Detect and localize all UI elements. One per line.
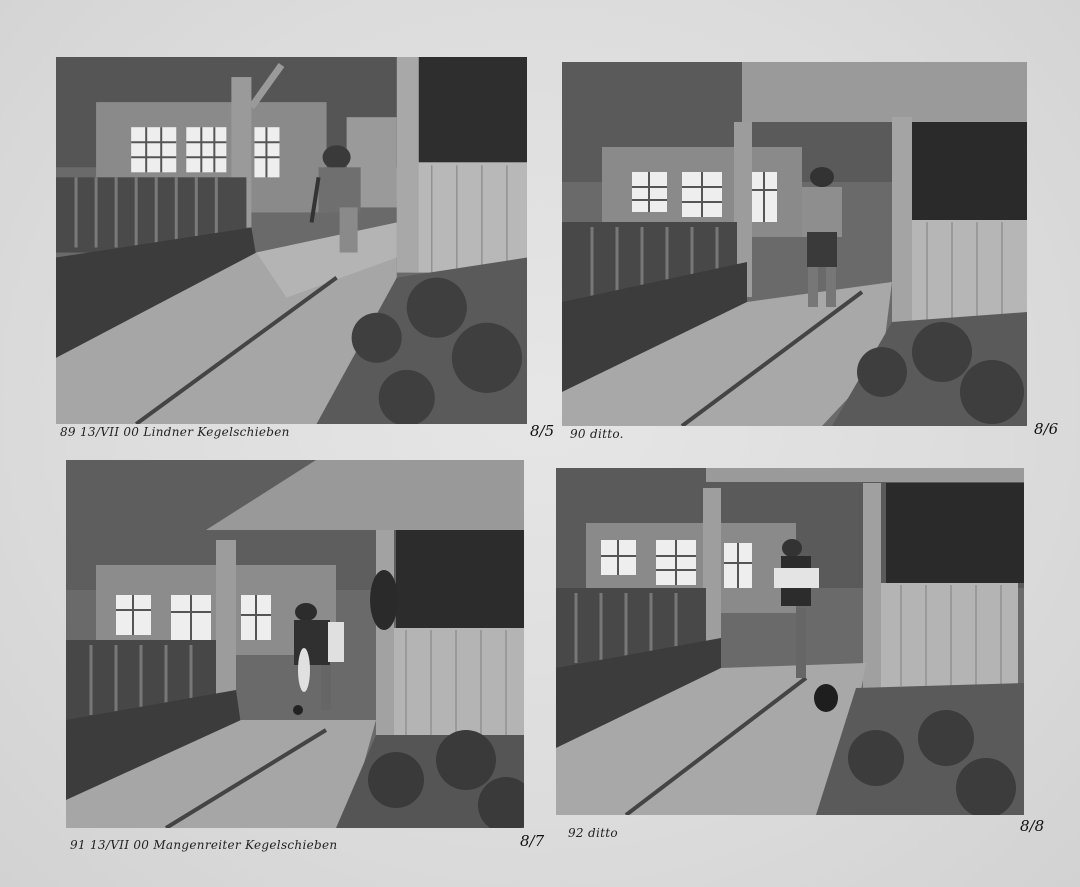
photo-3-caption: 91 13/VII 00 Mangenreiter Kegelschieben bbox=[70, 838, 337, 852]
photo-2 bbox=[562, 62, 1027, 426]
photo-4-caption: 92 ditto bbox=[568, 826, 618, 840]
photo-4-number: 8/8 bbox=[1020, 817, 1044, 835]
photo-4 bbox=[556, 468, 1024, 815]
photo-3-number: 8/7 bbox=[520, 832, 544, 850]
photo-2-number: 8/6 bbox=[1034, 420, 1058, 438]
photo-1 bbox=[56, 57, 527, 424]
photo-2-caption: 90 ditto. bbox=[570, 427, 624, 441]
photo-3 bbox=[66, 460, 524, 828]
photo-1-caption: 89 13/VII 00 Lindner Kegelschieben bbox=[60, 425, 290, 439]
photo-1-number: 8/5 bbox=[530, 422, 554, 440]
